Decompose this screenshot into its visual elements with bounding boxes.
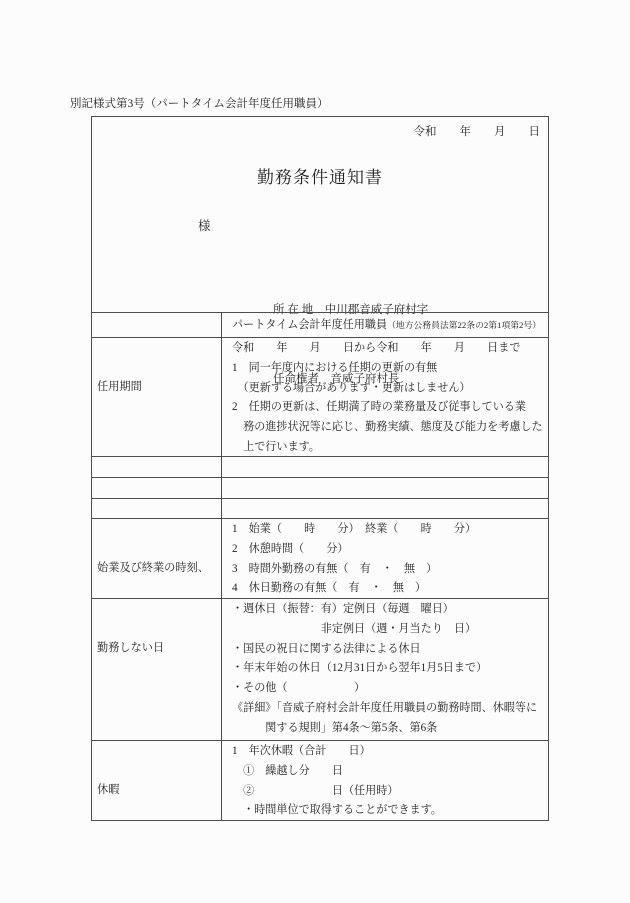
row-line: ・国民の祝日に関する法律による休日: [232, 640, 548, 660]
row-label: 任用期間: [92, 338, 222, 456]
row-label: 始業及び終業の時刻、 休憩時間並びに時間外 勤務及び休日勤務に関 する事項: [92, 519, 222, 598]
row-label: 勤務しない日: [92, 599, 222, 740]
row-content: 1 年次休暇（合計 日） ① 繰越し分 日 ② 日（任用時） ・時間単位で取得す…: [222, 741, 548, 820]
row-line: 1 始業（ 時 分） 終業（ 時 分）: [232, 520, 548, 540]
table-row-work-location: 就業の場所: [92, 477, 548, 498]
legal-reference: （地方公務員法第22条の2第1項第2号）: [387, 320, 541, 330]
row-label: 任用根拠: [92, 313, 222, 337]
date-line: 令和 年 月 日: [414, 123, 541, 139]
row-line: 4 休日勤務の有無（ 有 ・ 無 ）: [232, 579, 548, 598]
document-title: 勤務条件通知書: [92, 163, 548, 188]
row-line: （更新する場合があります・更新はしません）: [232, 379, 548, 399]
form-number-label: 別記様式第3号（パートタイム会計年度任用職員）: [70, 95, 329, 111]
table-row-non-working-days: 勤務しない日 ・週休日（振替：有）定例日（毎週 曜日） 非定例日（週・月当たり …: [92, 598, 548, 740]
row-content-empty: [222, 457, 548, 477]
table-row-leave: 休暇 1 年次休暇（合計 日） ① 繰越し分 日 ② 日（任用時） ・時間単位で…: [92, 740, 548, 820]
row-content: パートタイム会計年度任用職員（地方公務員法第22条の2第1項第2号）: [222, 313, 548, 337]
row-line: ・年末年始の休日（12月31日から翌年1月5日まで）: [232, 659, 548, 679]
notice-box: 令和 年 月 日 勤務条件通知書 様 所 在 地 中川郡音威子府村字 任命権者 …: [91, 116, 549, 821]
row-label: 再度の任用: [92, 457, 222, 477]
table-row-reappointment: 再度の任用: [92, 456, 548, 477]
row-content: 1 始業（ 時 分） 終業（ 時 分） 2 休憩時間（ 分） 3 時間外勤務の有…: [222, 519, 548, 598]
table-row-work-duties: 就業すべき業務の内容: [92, 498, 548, 518]
recipient-honorific: 様: [198, 216, 211, 234]
row-line: 関する規則」第4条～第5条、第6条: [232, 719, 548, 739]
row-line: 3 時間外勤務の有無（ 有 ・ 無 ）: [232, 560, 548, 580]
row-content-empty: [222, 499, 548, 518]
row-line: 非定例日（週・月当たり 日）: [232, 620, 548, 640]
row-line: 2 休憩時間（ 分）: [232, 540, 548, 560]
document-page: 別記様式第3号（パートタイム会計年度任用職員） 令和 年 月 日 勤務条件通知書…: [0, 0, 630, 903]
row-line: 上で行います。: [232, 438, 548, 456]
table-row-appointment-basis: 任用根拠 パートタイム会計年度任用職員（地方公務員法第22条の2第1項第2号）: [92, 312, 548, 337]
row-line: 令和 年 月 日から令和 年 月 日まで: [232, 339, 548, 359]
row-content: 令和 年 月 日から令和 年 月 日まで 1 同一年度内における任期の更新の有無…: [222, 338, 548, 456]
row-label: 就業の場所: [92, 478, 222, 498]
row-line: ① 繰越し分 日: [232, 762, 548, 782]
table-row-work-hours: 始業及び終業の時刻、 休憩時間並びに時間外 勤務及び休日勤務に関 する事項 1 …: [92, 518, 548, 598]
conditions-table: 任用根拠 パートタイム会計年度任用職員（地方公務員法第22条の2第1項第2号） …: [92, 312, 548, 820]
row-label: 就業すべき業務の内容: [92, 499, 222, 518]
row-content: ・週休日（振替：有）定例日（毎週 曜日） 非定例日（週・月当たり 日） ・国民の…: [222, 599, 548, 740]
row-line: 務の進捗状況等に応じ、勤務実績、態度及び能力を考慮した: [232, 418, 548, 438]
row-label: 休暇: [92, 741, 222, 820]
row-content-empty: [222, 478, 548, 498]
row-line: 1 年次休暇（合計 日）: [232, 742, 548, 762]
row-line: 2 任期の更新は、任期満了時の業務量及び従事している業: [232, 398, 548, 418]
row-line: ・その他（ ）: [232, 679, 548, 699]
row-line: ・時間単位で取得することができます。: [232, 801, 548, 820]
row-line: 1 同一年度内における任期の更新の有無: [232, 359, 548, 379]
row-line: 《詳細》「音威子府村会計年度任用職員の勤務時間、休暇等に: [232, 699, 548, 719]
row-line: パートタイム会計年度任用職員: [232, 319, 387, 331]
row-line: ・週休日（振替：有）定例日（毎週 曜日）: [232, 600, 548, 620]
table-row-appointment-period: 任用期間 令和 年 月 日から令和 年 月 日まで 1 同一年度内における任期の…: [92, 337, 548, 456]
row-line: ② 日（任用時）: [232, 782, 548, 802]
